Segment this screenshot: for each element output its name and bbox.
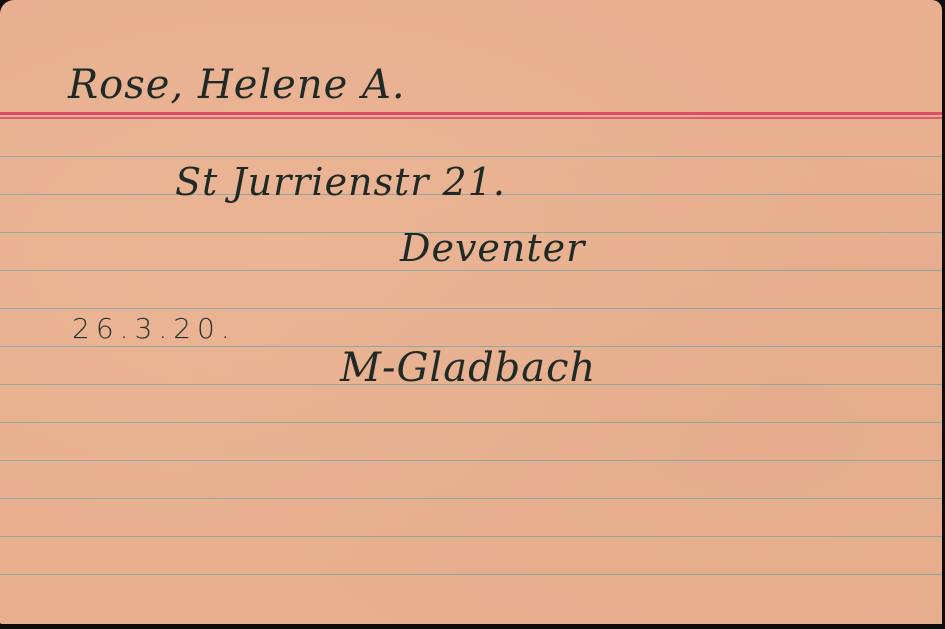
person-name: Rose, Helene A. — [68, 62, 406, 108]
ruled-line — [0, 460, 942, 461]
ruled-line — [0, 156, 942, 157]
ruled-line — [0, 308, 942, 309]
ruled-line — [0, 498, 942, 499]
entry-date: 26.3.20. — [72, 312, 236, 345]
ruled-line — [0, 270, 942, 271]
address-city: Deventer — [400, 226, 585, 270]
address-street: St Jurrienstr 21. — [175, 160, 506, 204]
red-header-rule-thin — [0, 117, 942, 119]
index-card: Rose, Helene A. St Jurrienstr 21. Devent… — [0, 0, 942, 624]
red-header-rule — [0, 112, 942, 115]
ruled-line — [0, 536, 942, 537]
ruled-line — [0, 574, 942, 575]
ruled-line — [0, 422, 942, 423]
destination: M-Gladbach — [340, 345, 596, 391]
